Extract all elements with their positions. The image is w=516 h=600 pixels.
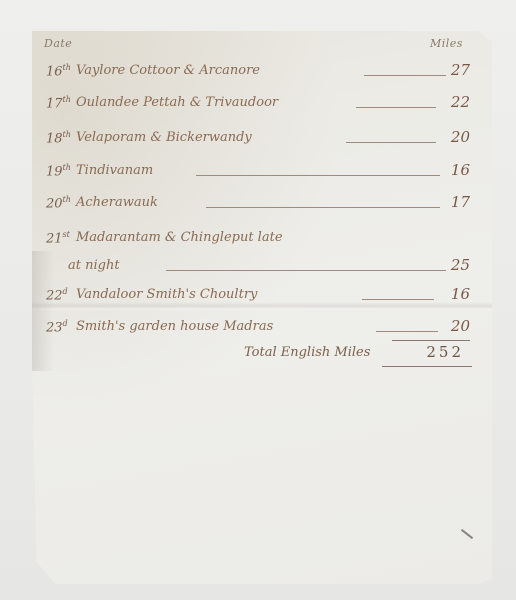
- entry-row: 23d Smith's garden house Madras 20: [46, 319, 484, 339]
- entry-miles: 20: [451, 317, 470, 335]
- entry-miles: 20: [451, 128, 470, 146]
- leader-line: [196, 175, 440, 176]
- leader-line: [376, 331, 438, 332]
- entry-place: Madarantam & Chingleput late: [76, 230, 283, 245]
- entry-miles: 25: [451, 256, 470, 274]
- entry-day: 21st: [46, 230, 70, 246]
- entry-miles: 16: [451, 161, 470, 179]
- entry-row: 17th Oulandee Pettah & Trivaudoor 22: [46, 95, 484, 115]
- leader-line: [356, 107, 436, 108]
- entry-row: 22d Vandaloor Smith's Choultry 16: [46, 287, 484, 307]
- entry-place: Vaylore Cottoor & Arcanore: [76, 63, 260, 78]
- entry-place: Vandaloor Smith's Choultry: [76, 287, 257, 302]
- leader-line: [346, 142, 436, 143]
- total-row: Total English Miles 252: [46, 345, 484, 365]
- entry-place: Oulandee Pettah & Trivaudoor: [76, 95, 278, 110]
- entry-row: 21st Madarantam & Chingleput late at nig…: [46, 230, 484, 276]
- entry-row: 20th Acherawauk 17: [46, 195, 484, 215]
- sum-rule-top: [392, 340, 470, 341]
- entry-day: 20th: [46, 195, 71, 211]
- entry-day: 18th: [46, 130, 71, 146]
- entry-day: 17th: [46, 95, 71, 111]
- sum-rule-bottom: [382, 366, 472, 367]
- corner-pencil-mark: [461, 529, 473, 539]
- entry-miles: 17: [451, 193, 470, 211]
- entry-day: 22d: [46, 287, 68, 303]
- leader-line: [166, 270, 446, 271]
- leader-line: [364, 75, 446, 76]
- entry-place: Smith's garden house Madras: [76, 319, 273, 334]
- entry-day: 16th: [46, 63, 71, 79]
- entry-row: 19th Tindivanam 16: [46, 163, 484, 183]
- total-label: Total English Miles: [244, 345, 370, 360]
- entry-place: Velaporam & Bickerwandy: [76, 130, 252, 145]
- total-value: 252: [426, 343, 464, 361]
- entry-day: 23d: [46, 319, 68, 335]
- entry-row: 16th Vaylore Cottoor & Arcanore 27: [46, 63, 484, 83]
- entry-place: Acherawauk: [76, 195, 158, 210]
- header-date: Date: [44, 37, 72, 50]
- leader-line: [362, 299, 434, 300]
- entry-place: Tindivanam: [76, 163, 153, 178]
- entry-row: 18th Velaporam & Bickerwandy 20: [46, 130, 484, 150]
- leader-line: [206, 207, 440, 208]
- manuscript-sheet: Date Miles 16th Vaylore Cottoor & Arcano…: [32, 31, 492, 584]
- entry-day: 19th: [46, 163, 71, 179]
- header-miles: Miles: [430, 37, 463, 50]
- entry-miles: 16: [451, 285, 470, 303]
- entry-miles: 22: [451, 93, 470, 111]
- entry-place-continued: at night: [68, 258, 120, 273]
- entry-miles: 27: [451, 61, 470, 79]
